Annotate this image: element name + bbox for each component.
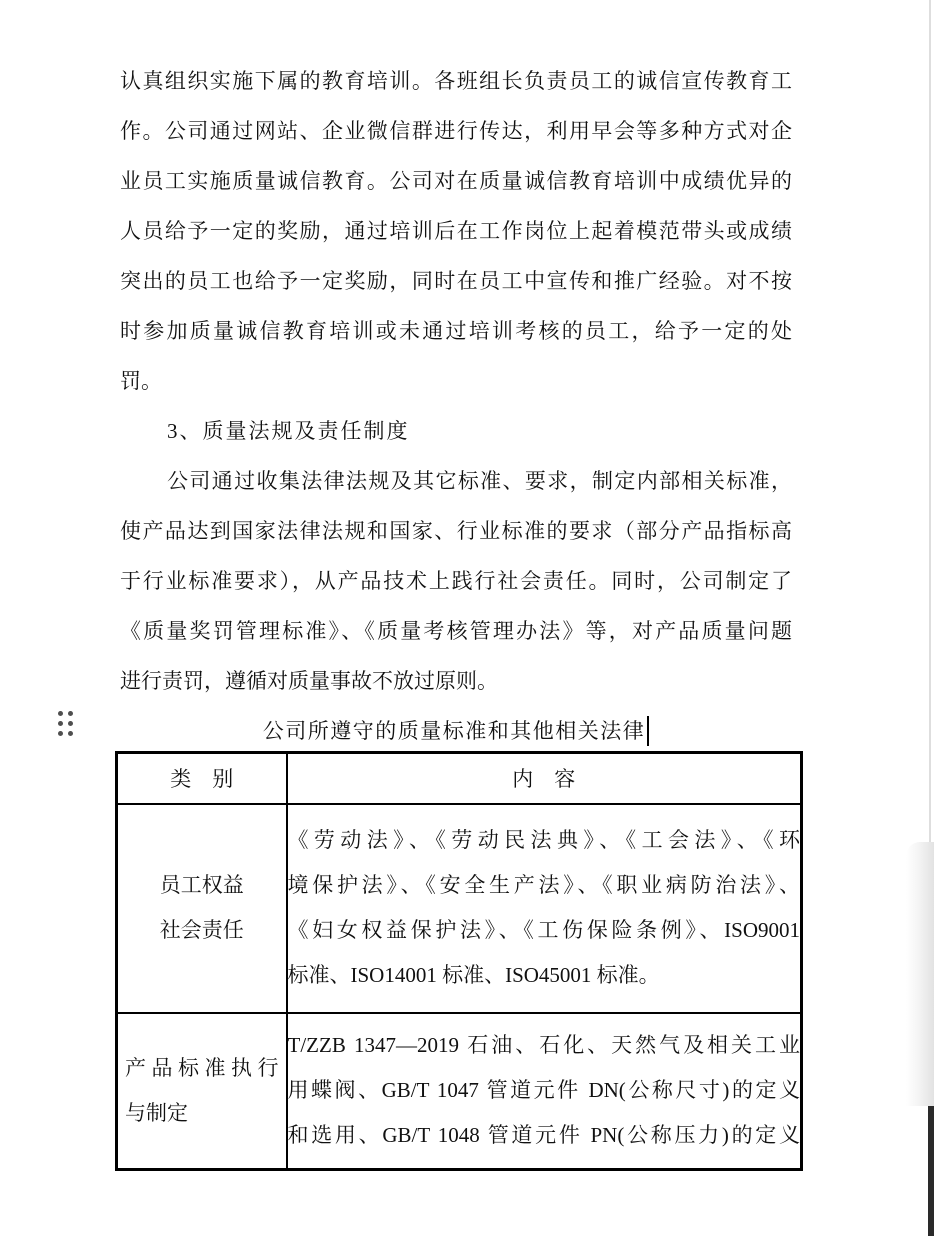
cell-line: 员工权益 [118, 863, 286, 908]
document-page: 认真组织实施下属的教育培训。各班组长负责员工的诚信宣传教育工 作。公司通过网站、… [0, 0, 934, 1236]
paragraph-line[interactable]: 作。公司通过网站、企业微信群进行传达，利用早会等多种方式对企 [120, 106, 792, 156]
cell-line: T/ZZB 1347—2019 石油、石化、天然气及相关工业 [288, 1023, 801, 1068]
cell-line: 产品标准执行 [118, 1046, 286, 1091]
drag-handle-dot [68, 721, 73, 726]
paragraph-line[interactable]: 认真组织实施下属的教育培训。各班组长负责员工的诚信宣传教育工 [120, 56, 792, 106]
cell-line: 《劳动法》、《劳动民法典》、《工会法》、《环 [288, 818, 801, 863]
cell-line: 和选用、GB/T 1048 管道元件 PN(公称压力)的定义 [288, 1113, 801, 1158]
table-header-row: 类 别 内 容 [117, 753, 802, 804]
paragraph-line[interactable]: 于行业标准要求），从产品技术上践行社会责任。同时，公司制定了 [120, 556, 792, 606]
legal-standards-table: 类 别 内 容 员工权益 社会责任 《劳动法》、《劳动民法典》、《工会法》、《环… [115, 751, 803, 1171]
drag-handle-dot [58, 731, 63, 736]
content-cell-employee-rights[interactable]: 《劳动法》、《劳动民法典》、《工会法》、《环 境保护法》、《安全生产法》、《职业… [287, 804, 802, 1013]
paragraph-line[interactable]: 《质量奖罚管理标准》、《质量考核管理办法》等，对产品质量问题 [120, 606, 792, 656]
category-cell-employee-rights[interactable]: 员工权益 社会责任 [117, 804, 287, 1013]
paragraph-line[interactable]: 公司通过收集法律法规及其它标准、要求，制定内部相关标准， [120, 456, 792, 506]
cell-line: 社会责任 [118, 908, 286, 953]
table-caption-text: 公司所遵守的质量标准和其他相关法律 [263, 719, 646, 743]
paragraph-line[interactable]: 时参加质量诚信教育培训或未通过培训考核的员工，给予一定的处 [120, 306, 792, 356]
table-row: 员工权益 社会责任 《劳动法》、《劳动民法典》、《工会法》、《环 境保护法》、《… [117, 804, 802, 1013]
cell-line: 用蝶阀、GB/T 1047 管道元件 DN(公称尺寸)的定义 [288, 1068, 801, 1113]
paragraph-line[interactable]: 突出的员工也给予一定奖励，同时在员工中宣传和推广经验。对不按 [120, 256, 792, 306]
cell-line: 《妇女权益保护法》、《工伤保险条例》、ISO9001 [288, 908, 801, 953]
paragraph-line[interactable]: 人员给予一定的奖励，通过培训后在工作岗位上起着模范带头或成绩 [120, 206, 792, 256]
col-header-content[interactable]: 内 容 [287, 753, 802, 804]
category-cell-product-standards[interactable]: 产品标准执行 与制定 [117, 1013, 287, 1170]
col-header-category[interactable]: 类 别 [117, 753, 287, 804]
cell-line: 与制定 [118, 1091, 286, 1136]
paragraph-line[interactable]: 使产品达到国家法律法规和国家、行业标准的要求（部分产品指标高 [120, 506, 792, 556]
page-edge-line [929, 0, 931, 843]
text-cursor [647, 716, 649, 746]
drag-handle-icon[interactable] [58, 711, 73, 736]
scrollbar-track[interactable] [928, 1106, 934, 1236]
paragraph-line[interactable]: 进行责罚，遵循对质量事故不放过原则。 [120, 656, 792, 706]
section-heading[interactable]: 3、质量法规及责任制度 [120, 406, 792, 456]
cell-line: 标准、ISO14001 标准、ISO45001 标准。 [288, 953, 801, 998]
paragraph-line[interactable]: 业员工实施质量诚信教育。公司对在质量诚信教育培训中成绩优异的 [120, 156, 792, 206]
table-caption[interactable]: 公司所遵守的质量标准和其他相关法律 [120, 706, 792, 756]
document-body: 认真组织实施下属的教育培训。各班组长负责员工的诚信宣传教育工 作。公司通过网站、… [120, 56, 792, 756]
table-row: 产品标准执行 与制定 T/ZZB 1347—2019 石油、石化、天然气及相关工… [117, 1013, 802, 1170]
drag-handle-dot [68, 711, 73, 716]
cell-line: 境保护法》、《安全生产法》、《职业病防治法》、 [288, 863, 801, 908]
scrollbar-thumb[interactable] [906, 842, 934, 1106]
paragraph-line[interactable]: 罚。 [120, 356, 792, 406]
drag-handle-dot [58, 721, 63, 726]
drag-handle-dot [58, 711, 63, 716]
content-cell-product-standards[interactable]: T/ZZB 1347—2019 石油、石化、天然气及相关工业 用蝶阀、GB/T … [287, 1013, 802, 1170]
drag-handle-dot [68, 731, 73, 736]
